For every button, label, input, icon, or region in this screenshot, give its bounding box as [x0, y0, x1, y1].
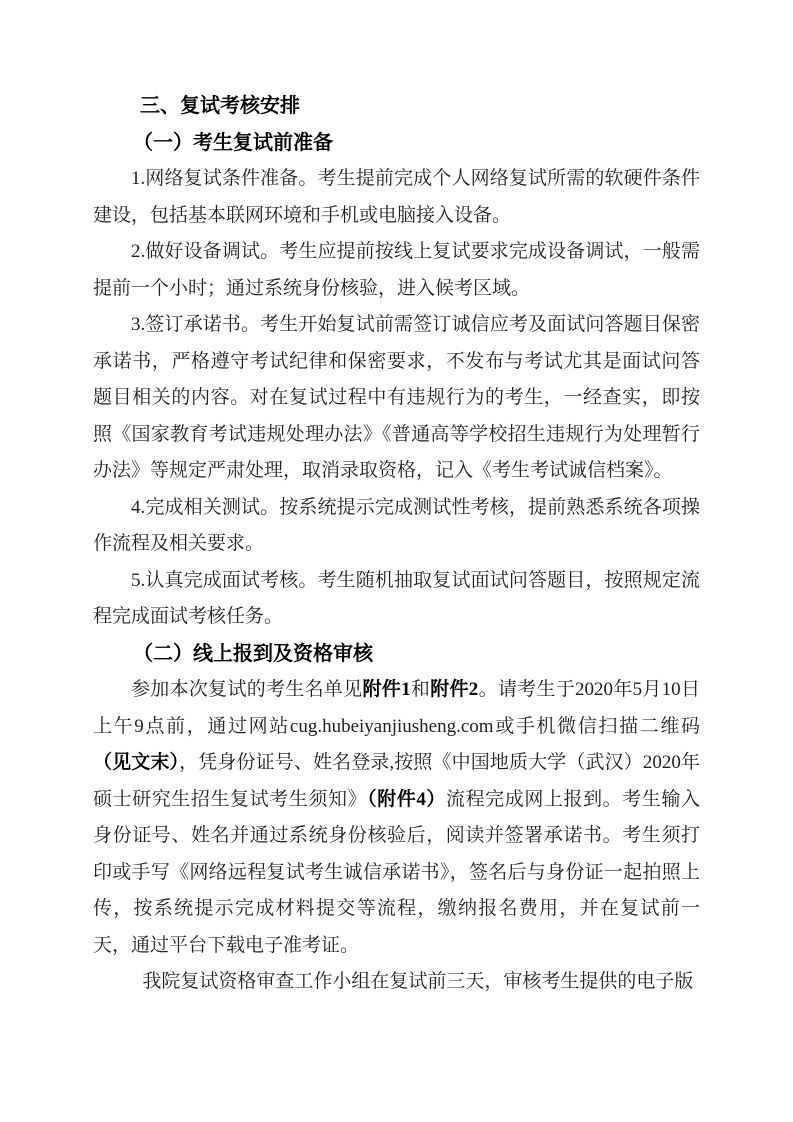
text-run: 2.做好设备调试。考生应提前按线上复试要求完成设备调试，一般需提前一个小时；通过…	[93, 241, 700, 299]
subsection-heading: （二）线上报到及资格审核	[93, 636, 700, 673]
paragraph: 5.认真完成面试考核。考生随机抽取复试面试问答题目，按照规定流程完成面试考核任务…	[93, 563, 700, 636]
bold-text-run: （附件4）	[367, 789, 446, 810]
bold-text-run: （见文末）	[93, 752, 179, 773]
paragraph: 1.网络复试条件准备。考生提前完成个人网络复试所需的软硬件条件建设，包括基本联网…	[93, 161, 700, 234]
paragraph: 2.做好设备调试。考生应提前按线上复试要求完成设备调试，一般需提前一个小时；通过…	[93, 234, 700, 307]
subsection-heading: （一）考生复试前准备	[93, 125, 700, 162]
text-run: 3.签订承诺书。考生开始复试前需签订诚信应考及面试问答题目保密承诺书，严格遵守考…	[93, 314, 700, 481]
text-run: 流程完成网上报到。考生输入身份证号、姓名并通过系统身份核验后，阅读并签署承诺书。…	[93, 789, 700, 956]
paragraph: 4.完成相关测试。按系统提示完成测试性考核，提前熟悉系统各项操作流程及相关要求。	[93, 490, 700, 563]
text-run: 5.认真完成面试考核。考生随机抽取复试面试问答题目，按照规定流程完成面试考核任务…	[93, 570, 700, 628]
text-run: 我院复试资格审查工作小组在复试前三天，审核考生提供的电子版	[142, 971, 693, 992]
text-run: 和	[411, 679, 431, 700]
document-content: 三、复试考核安排（一）考生复试前准备1.网络复试条件准备。考生提前完成个人网络复…	[93, 88, 700, 1001]
section-heading: 三、复试考核安排	[93, 88, 700, 125]
bold-text-run: 附件2	[430, 679, 478, 700]
bold-text-run: 附件1	[363, 679, 411, 700]
paragraph: 参加本次复试的考生名单见附件1和附件2。请考生于2020年5月10日上午9点前，…	[93, 672, 700, 964]
document-page: 三、复试考核安排（一）考生复试前准备1.网络复试条件准备。考生提前完成个人网络复…	[0, 0, 793, 1122]
paragraph: 我院复试资格审查工作小组在复试前三天，审核考生提供的电子版	[93, 964, 700, 1001]
text-run: 4.完成相关测试。按系统提示完成测试性考核，提前熟悉系统各项操作流程及相关要求。	[93, 497, 700, 555]
text-run: 1.网络复试条件准备。考生提前完成个人网络复试所需的软硬件条件建设，包括基本联网…	[93, 168, 700, 226]
paragraph: 3.签订承诺书。考生开始复试前需签订诚信应考及面试问答题目保密承诺书，严格遵守考…	[93, 307, 700, 490]
text-run: 参加本次复试的考生名单见	[131, 679, 363, 700]
